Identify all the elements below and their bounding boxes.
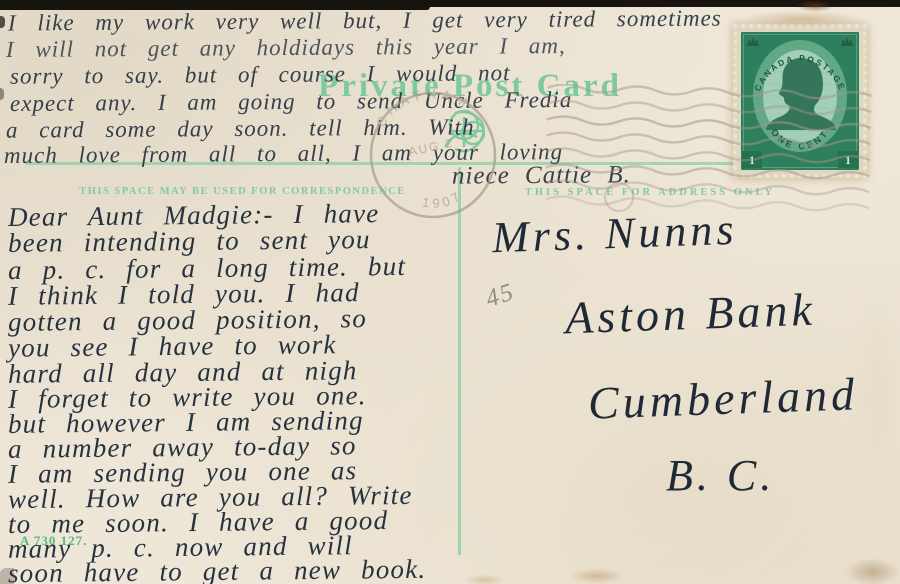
card-edge-nick <box>0 16 5 28</box>
stain <box>845 558 900 584</box>
pencil-annotation: 45 <box>482 278 518 314</box>
address-line: Aston Bank <box>564 283 816 345</box>
address-line: B. C. <box>666 450 775 501</box>
postmark-town: CHATHAM <box>368 83 476 132</box>
stain <box>570 568 625 584</box>
address-line: Cumberland <box>587 367 859 429</box>
letter-line: soon have to get a new book. <box>8 554 427 584</box>
postmark-icon: CHATHAM AUG 2 1907 <box>361 83 505 227</box>
svg-text:CHATHAM: CHATHAM <box>368 83 476 132</box>
handwriting-top-line: I like my work very well but, I get very… <box>8 6 722 37</box>
stain <box>855 300 900 480</box>
stain <box>745 10 860 28</box>
postmark-date: AUG 2 <box>407 136 455 159</box>
handwriting-top-line: I will not get any holdidays this year I… <box>6 33 566 63</box>
stain <box>465 574 505 584</box>
postcard-photo: Private Post Card THIS SPACE MAY BE USED… <box>0 0 900 584</box>
card-edge-nick <box>0 88 4 100</box>
cancellation-wavy-lines-icon <box>546 84 880 224</box>
